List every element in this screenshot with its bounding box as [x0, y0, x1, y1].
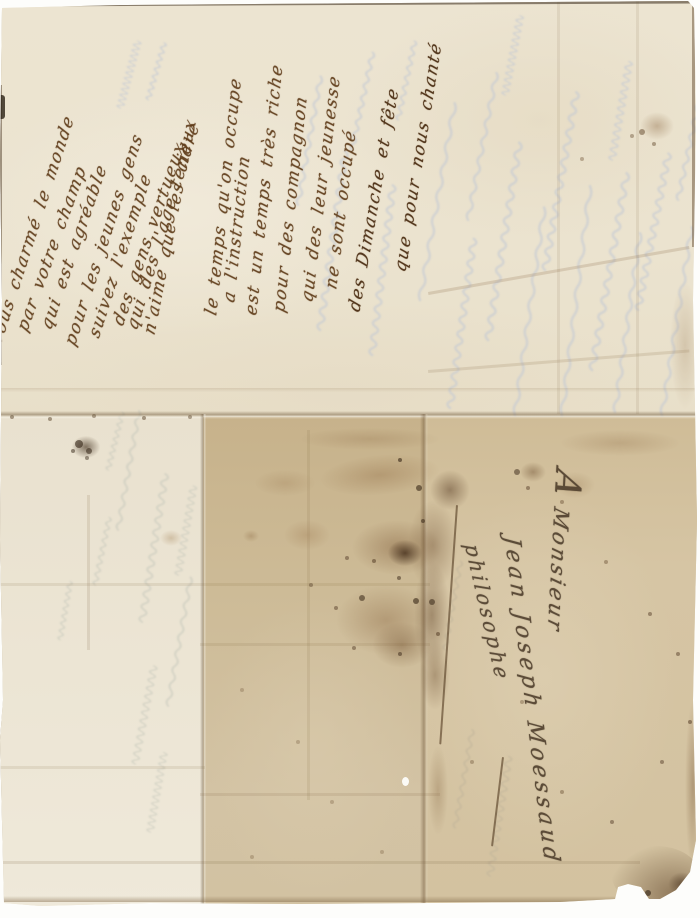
speckles-dark — [0, 0, 4, 4]
paper-panel-bottom-middle — [203, 417, 424, 918]
paper-panel-bottom-left — [0, 417, 203, 918]
letter-paper: vous charmé le monde par votre champ qui… — [0, 0, 700, 918]
scanned-letter-photo: vous charmé le monde par votre champ qui… — [0, 0, 700, 918]
page-number-mark: 6 — [621, 889, 630, 903]
address-line-monsieur: A Monsieur — [539, 465, 588, 639]
paper-hole — [402, 777, 409, 786]
